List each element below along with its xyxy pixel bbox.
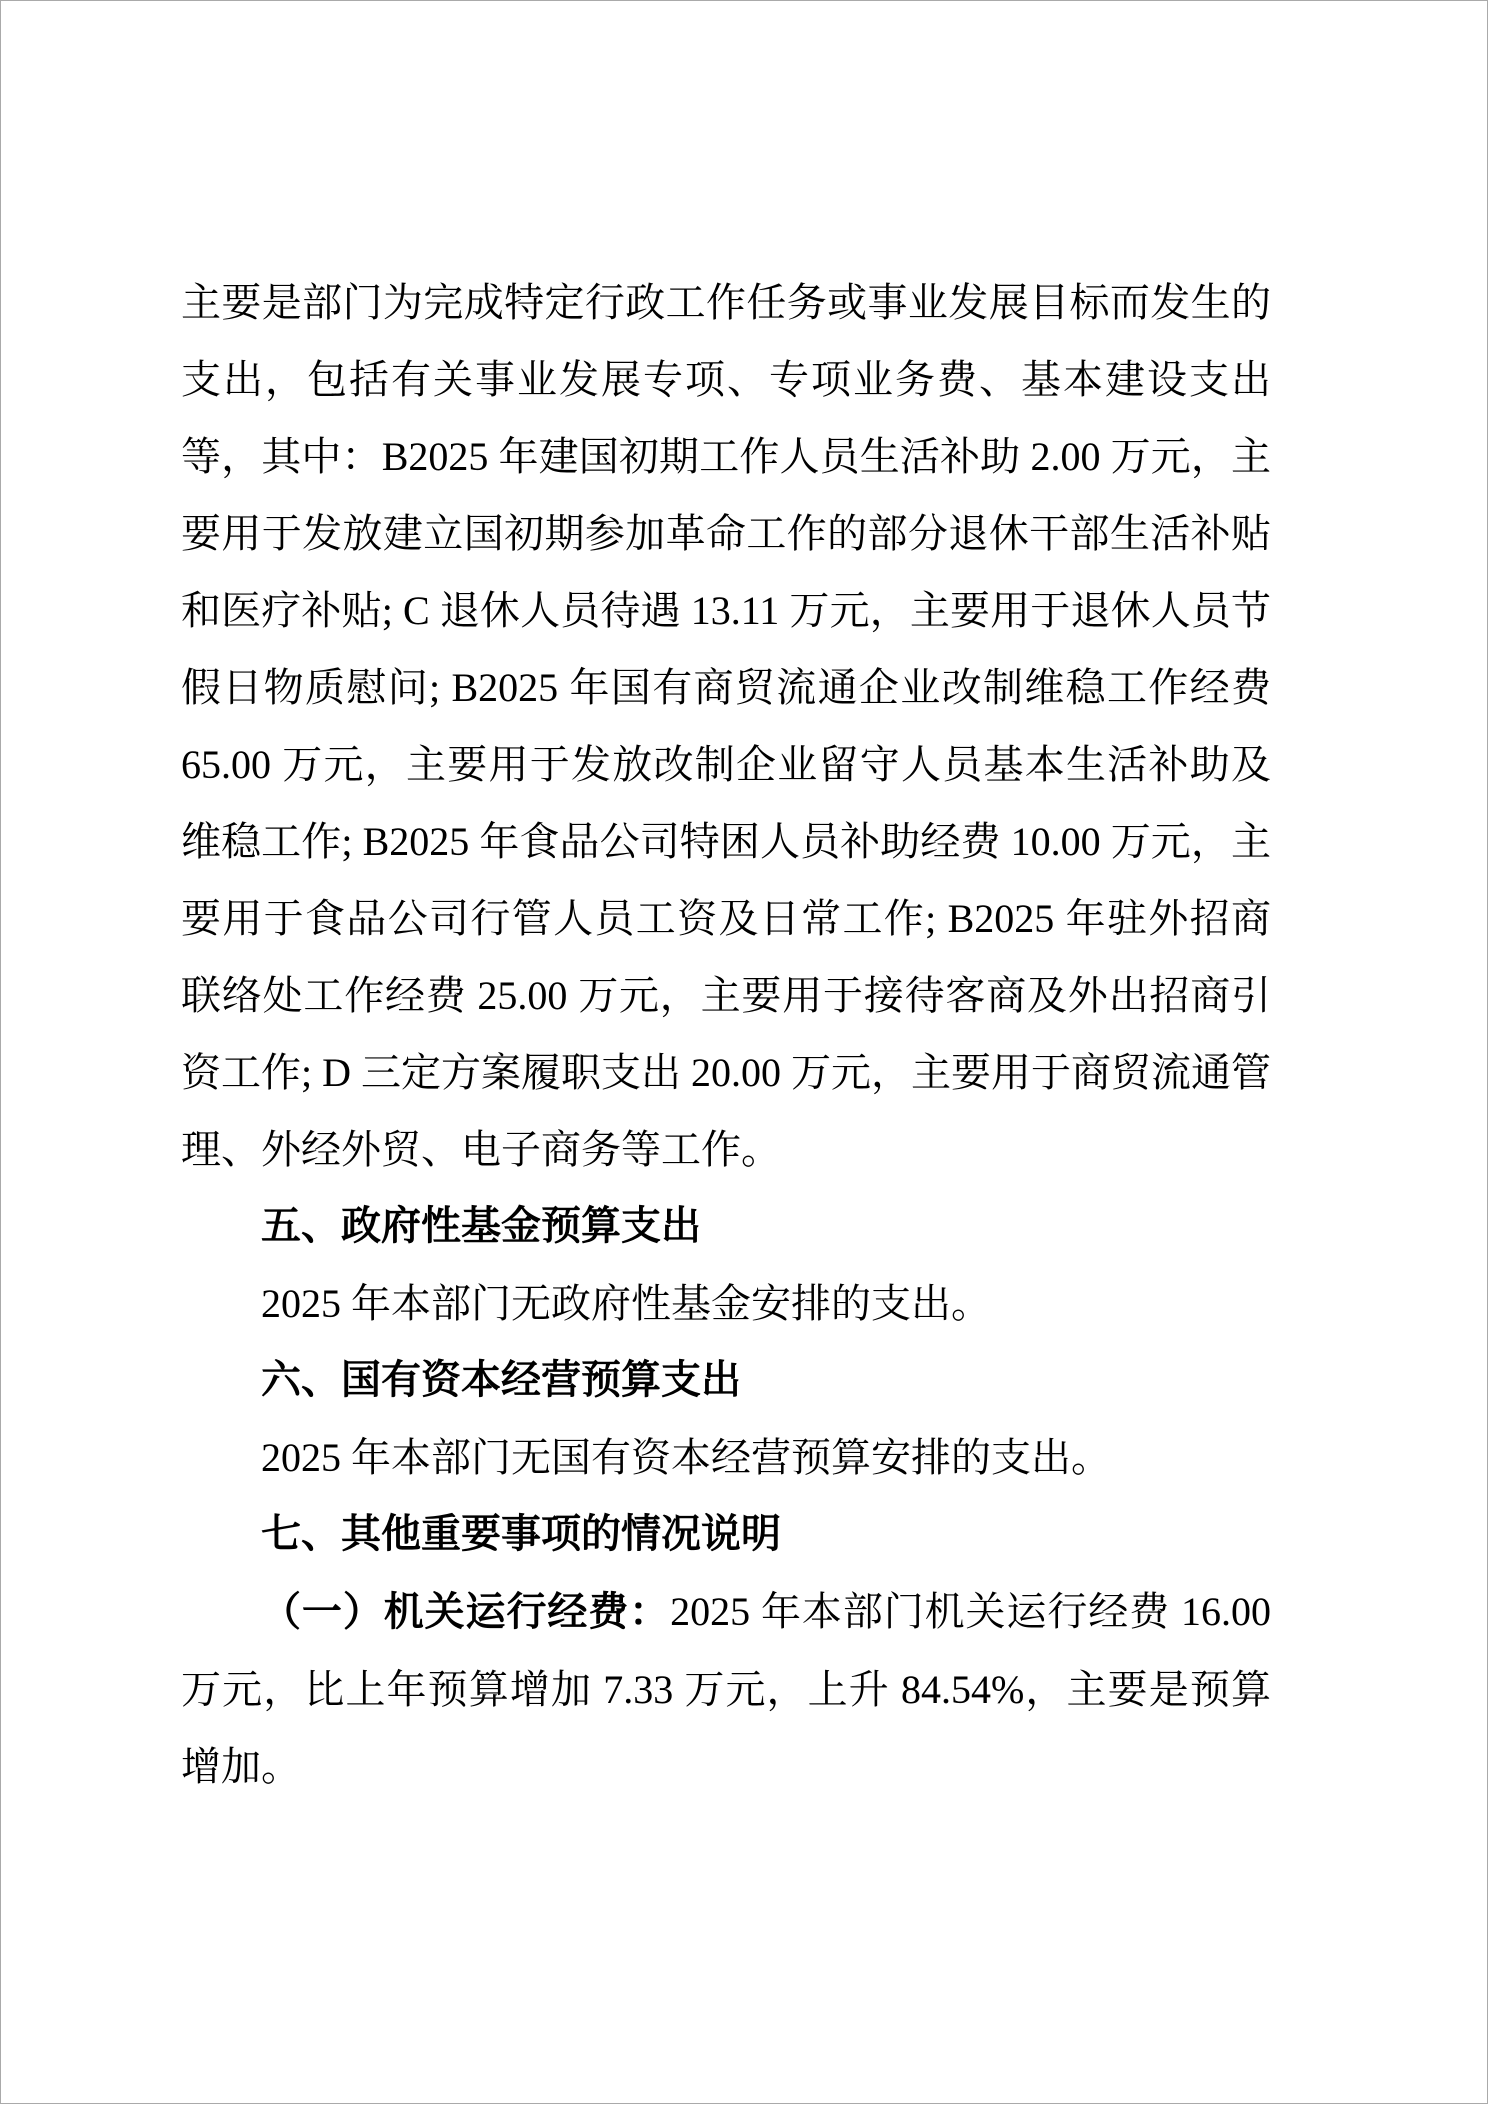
document-content: 主要是部门为完成特定行政工作任务或事业发展目标而发生的支出，包括有关事业发展专项… bbox=[181, 264, 1271, 1805]
body-section-5-government-funds-budget: 2025 年本部门无政府性基金安排的支出。 bbox=[181, 1265, 1271, 1342]
heading-section-7-other-important-matters: 七、其他重要事项的情况说明 bbox=[181, 1496, 1271, 1573]
body-section-6-state-capital-budget: 2025 年本部门无国有资本经营预算安排的支出。 bbox=[181, 1419, 1271, 1496]
agency-operating-costs-label: （一）机关运行经费： bbox=[261, 1590, 670, 1634]
document-page: 主要是部门为完成特定行政工作任务或事业发展目标而发生的支出，包括有关事业发展专项… bbox=[0, 0, 1488, 2104]
paragraph-project-expenditure-continuation: 主要是部门为完成特定行政工作任务或事业发展目标而发生的支出，包括有关事业发展专项… bbox=[181, 264, 1271, 1188]
heading-section-5-government-funds-budget: 五、政府性基金预算支出 bbox=[181, 1188, 1271, 1265]
paragraph-agency-operating-costs: （一）机关运行经费：2025 年本部门机关运行经费 16.00 万元，比上年预算… bbox=[181, 1573, 1271, 1805]
heading-section-6-state-capital-budget: 六、国有资本经营预算支出 bbox=[181, 1342, 1271, 1419]
